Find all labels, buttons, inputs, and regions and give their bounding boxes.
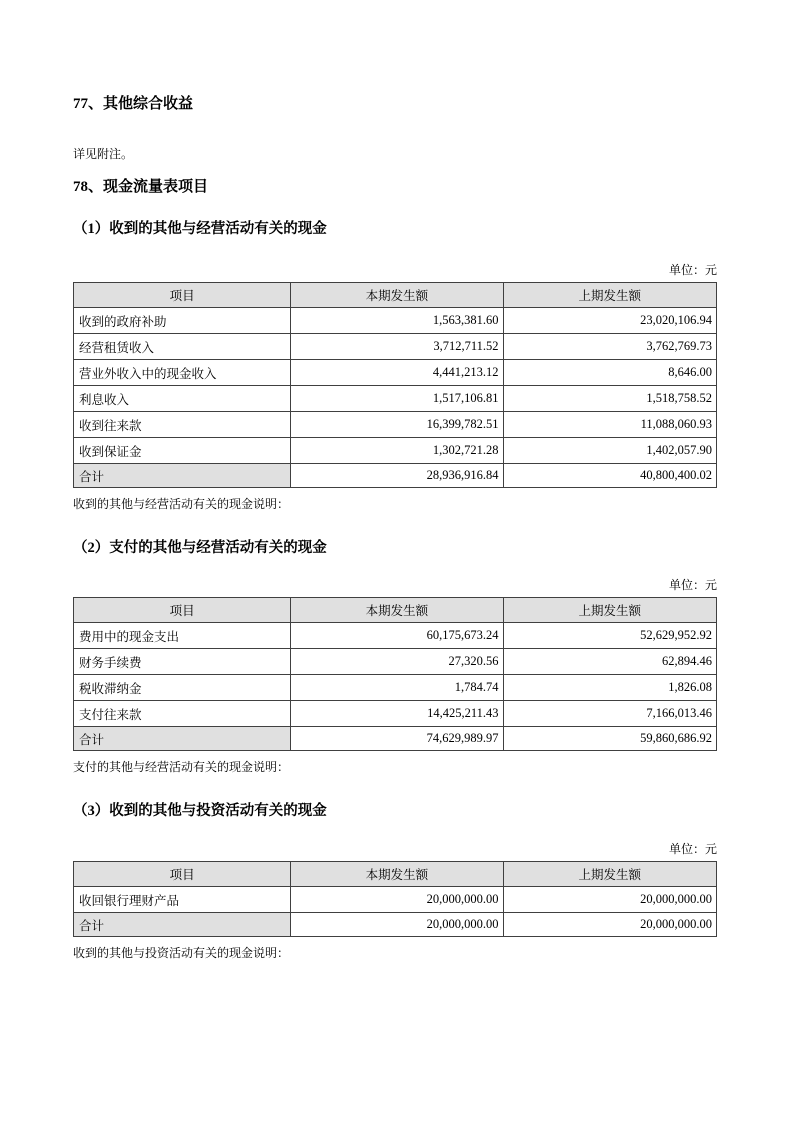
column-header-item: 项目 [74, 862, 291, 887]
column-header-prior-period: 上期发生额 [503, 283, 716, 308]
row-item-label: 收到的政府补助 [74, 308, 291, 334]
column-header-prior-period: 上期发生额 [503, 862, 716, 887]
row-prior-value: 1,518,758.52 [503, 386, 716, 412]
row-prior-value: 23,020,106.94 [503, 308, 716, 334]
row-item-label: 利息收入 [74, 386, 291, 412]
table-cash-received-operating: 项目 本期发生额 上期发生额 收到的政府补助 1,563,381.60 23,0… [73, 282, 717, 488]
row-item-label: 支付往来款 [74, 701, 291, 727]
row-current-value: 20,000,000.00 [291, 887, 503, 913]
column-header-item: 项目 [74, 283, 291, 308]
row-item-label: 税收滞纳金 [74, 675, 291, 701]
row-prior-value: 8,646.00 [503, 360, 716, 386]
row-item-label: 经营租赁收入 [74, 334, 291, 360]
row-item-label: 费用中的现金支出 [74, 623, 291, 649]
section-77-heading: 77、其他综合收益 [73, 95, 717, 113]
table-row: 收回银行理财产品 20,000,000.00 20,000,000.00 [74, 887, 717, 913]
row-prior-value: 1,402,057.90 [503, 438, 716, 464]
subsection-2-heading: （2）支付的其他与经营活动有关的现金 [73, 539, 717, 557]
row-item-label: 营业外收入中的现金收入 [74, 360, 291, 386]
row-prior-value: 52,629,952.92 [503, 623, 716, 649]
total-row-label: 合计 [74, 727, 291, 751]
table-row: 收到的政府补助 1,563,381.60 23,020,106.94 [74, 308, 717, 334]
section-78-heading: 78、现金流量表项目 [73, 178, 717, 196]
total-row-label: 合计 [74, 464, 291, 488]
table-header-row: 项目 本期发生额 上期发生额 [74, 283, 717, 308]
row-current-value: 1,302,721.28 [291, 438, 503, 464]
total-current-value: 28,936,916.84 [291, 464, 503, 488]
table-cash-received-investing: 项目 本期发生额 上期发生额 收回银行理财产品 20,000,000.00 20… [73, 861, 717, 937]
subsection-3-heading: （3）收到的其他与投资活动有关的现金 [73, 802, 717, 820]
row-item-label: 收到保证金 [74, 438, 291, 464]
column-header-current-period: 本期发生额 [291, 283, 503, 308]
row-current-value: 1,517,106.81 [291, 386, 503, 412]
table-explanation-note: 收到的其他与投资活动有关的现金说明： [73, 946, 717, 960]
row-current-value: 16,399,782.51 [291, 412, 503, 438]
table-total-row: 合计 20,000,000.00 20,000,000.00 [74, 913, 717, 937]
row-current-value: 3,712,711.52 [291, 334, 503, 360]
row-item-label: 财务手续费 [74, 649, 291, 675]
total-current-value: 20,000,000.00 [291, 913, 503, 937]
table-total-row: 合计 74,629,989.97 59,860,686.92 [74, 727, 717, 751]
table-header-row: 项目 本期发生额 上期发生额 [74, 598, 717, 623]
table-total-row: 合计 28,936,916.84 40,800,400.02 [74, 464, 717, 488]
row-prior-value: 11,088,060.93 [503, 412, 716, 438]
row-item-label: 收回银行理财产品 [74, 887, 291, 913]
row-prior-value: 3,762,769.73 [503, 334, 716, 360]
table-explanation-note: 收到的其他与经营活动有关的现金说明： [73, 497, 717, 511]
table-row: 税收滞纳金 1,784.74 1,826.08 [74, 675, 717, 701]
unit-label: 单位：元 [73, 263, 717, 277]
unit-label: 单位：元 [73, 842, 717, 856]
total-prior-value: 59,860,686.92 [503, 727, 716, 751]
column-header-current-period: 本期发生额 [291, 862, 503, 887]
row-prior-value: 7,166,013.46 [503, 701, 716, 727]
total-prior-value: 20,000,000.00 [503, 913, 716, 937]
row-current-value: 60,175,673.24 [291, 623, 503, 649]
row-prior-value: 20,000,000.00 [503, 887, 716, 913]
row-current-value: 4,441,213.12 [291, 360, 503, 386]
document-page: 77、其他综合收益 详见附注。 78、现金流量表项目 （1）收到的其他与经营活动… [0, 0, 793, 960]
table-row: 营业外收入中的现金收入 4,441,213.12 8,646.00 [74, 360, 717, 386]
total-row-label: 合计 [74, 913, 291, 937]
row-prior-value: 62,894.46 [503, 649, 716, 675]
table-row: 收到保证金 1,302,721.28 1,402,057.90 [74, 438, 717, 464]
row-current-value: 1,563,381.60 [291, 308, 503, 334]
table-cash-paid-operating: 项目 本期发生额 上期发生额 费用中的现金支出 60,175,673.24 52… [73, 597, 717, 751]
unit-label: 单位：元 [73, 578, 717, 592]
subsection-1-heading: （1）收到的其他与经营活动有关的现金 [73, 220, 717, 238]
table-row: 收到往来款 16,399,782.51 11,088,060.93 [74, 412, 717, 438]
row-current-value: 27,320.56 [291, 649, 503, 675]
column-header-prior-period: 上期发生额 [503, 598, 716, 623]
table-row: 经营租赁收入 3,712,711.52 3,762,769.73 [74, 334, 717, 360]
column-header-item: 项目 [74, 598, 291, 623]
table-header-row: 项目 本期发生额 上期发生额 [74, 862, 717, 887]
column-header-current-period: 本期发生额 [291, 598, 503, 623]
total-prior-value: 40,800,400.02 [503, 464, 716, 488]
table-row: 财务手续费 27,320.56 62,894.46 [74, 649, 717, 675]
row-item-label: 收到往来款 [74, 412, 291, 438]
table-row: 利息收入 1,517,106.81 1,518,758.52 [74, 386, 717, 412]
row-current-value: 14,425,211.43 [291, 701, 503, 727]
see-notes-paragraph: 详见附注。 [73, 147, 717, 161]
total-current-value: 74,629,989.97 [291, 727, 503, 751]
row-current-value: 1,784.74 [291, 675, 503, 701]
table-row: 支付往来款 14,425,211.43 7,166,013.46 [74, 701, 717, 727]
table-explanation-note: 支付的其他与经营活动有关的现金说明： [73, 760, 717, 774]
row-prior-value: 1,826.08 [503, 675, 716, 701]
table-row: 费用中的现金支出 60,175,673.24 52,629,952.92 [74, 623, 717, 649]
